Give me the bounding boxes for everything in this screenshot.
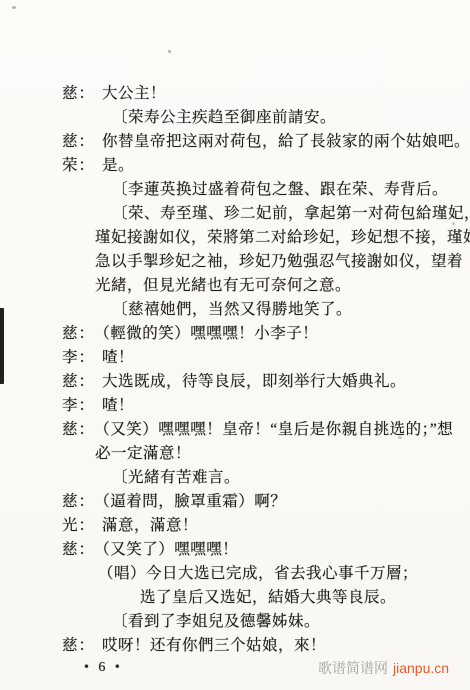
scan-speck: [12, 6, 16, 9]
script-line: 慈：（逼着問，臉罩重霜）啊？: [62, 490, 464, 514]
line-text: 〔荣寿公主疾趋至御座前請安。: [112, 109, 336, 126]
line-text: 〔看到了李姐兒及德馨姊妹。: [112, 613, 320, 630]
speaker-label: 慈：: [62, 85, 95, 102]
script-line: 急以手掣珍妃之袖，珍妃乃勉强忍气接謝如仪，望着: [95, 250, 464, 274]
line-text: 哎呀！还有你們三个姑娘，來！: [102, 637, 326, 654]
scanned-script-page: 慈：大公主！〔荣寿公主疾趋至御座前請安。慈：你替皇帝把这兩对荷包，給了長敍家的兩…: [0, 0, 470, 690]
script-line: 慈：（輕微的笑）嘿嘿嘿！小李子！: [62, 322, 464, 346]
script-line: 〔荣寿公主疾趋至御座前請安。: [112, 106, 464, 130]
line-text: 急以手掣珍妃之袖，珍妃乃勉强忍气接謝如仪，望着: [95, 253, 463, 270]
line-text: （唱）今日大选已完成，省去我心事千万層；: [98, 565, 418, 582]
script-line: 慈：大公主！: [62, 82, 464, 106]
script-line: 〔看到了李姐兒及德馨姊妹。: [112, 610, 464, 634]
script-line: 〔荣、寿至瑾、珍二妃前，拿起第一对荷包給瑾妃，: [112, 202, 464, 226]
script-body: 慈：大公主！〔荣寿公主疾趋至御座前請安。慈：你替皇帝把这兩对荷包，給了長敍家的兩…: [62, 82, 464, 658]
speaker-label: 慈：: [62, 421, 95, 438]
line-text: （輕微的笑）嘿嘿嘿！小李子！: [102, 325, 318, 342]
script-line: 光：滿意，滿意！: [62, 514, 464, 538]
scan-edge-artifact: [0, 308, 4, 384]
page-number: • 6 •: [84, 660, 123, 676]
line-text: 〔荣、寿至瑾、珍二妃前，拿起第一对荷包給瑾妃，: [112, 205, 470, 222]
watermark-site-name: 歌谱简谱网: [318, 660, 388, 676]
watermark-site-url: jianpu.cn: [393, 660, 449, 676]
script-line: 瑾妃接謝如仪，荣將第二对給珍妃，珍妃想不接，瑾妃: [95, 226, 464, 250]
speaker-label: 慈：: [62, 541, 95, 558]
line-text: 〔光緒有苦难言。: [112, 469, 240, 486]
script-line: 慈：（又笑）嘿嘿嘿！皇帝！“皇后是你親自挑选的；”想: [62, 418, 464, 442]
script-line: 慈：（又笑了）嘿嘿嘿！: [62, 538, 464, 562]
script-line: 〔李蓮英换过盛着荷包之盤、跟在荣、寿背后。: [112, 178, 464, 202]
line-text: 光緒，但見光緒也有无可奈何之意。: [95, 277, 351, 294]
watermark: 歌谱简谱网jianpu.cn: [318, 658, 449, 678]
speaker-label: 荣：: [62, 157, 95, 174]
line-text: 大选既成，待等良辰，即刻举行大婚典礼。: [102, 373, 406, 390]
line-text: （又笑）嘿嘿嘿！皇帝！“皇后是你親自挑选的；”想: [102, 421, 453, 438]
script-line: 李：喳！: [62, 346, 464, 370]
scan-speck: [168, 50, 171, 53]
line-text: 〔李蓮英换过盛着荷包之盤、跟在荣、寿背后。: [112, 181, 448, 198]
speaker-label: 李：: [62, 349, 95, 366]
line-text: 〔慈禧她們，当然又得勝地笑了。: [112, 301, 352, 318]
script-line: 光緒，但見光緒也有无可奈何之意。: [95, 274, 464, 298]
line-text: 瑾妃接謝如仪，荣將第二对給珍妃，珍妃想不接，瑾妃: [95, 229, 470, 246]
line-text: 喳！: [102, 349, 134, 366]
speaker-label: 慈：: [62, 493, 95, 510]
line-text: 喳！: [102, 397, 134, 414]
line-text: （又笑了）嘿嘿嘿！: [102, 541, 238, 558]
script-line: 〔慈禧她們，当然又得勝地笑了。: [112, 298, 464, 322]
line-text: 滿意，滿意！: [102, 517, 198, 534]
script-line: 李：喳！: [62, 394, 464, 418]
speaker-label: 李：: [62, 397, 95, 414]
line-text: （逼着問，臉罩重霜）啊？: [102, 493, 286, 510]
script-line: 荣：是。: [62, 154, 464, 178]
line-text: 选了皇后又选妃，結婚大典等良辰。: [140, 589, 396, 606]
script-line: 〔光緒有苦难言。: [112, 466, 464, 490]
script-line: 选了皇后又选妃，結婚大典等良辰。: [140, 586, 464, 610]
speaker-label: 光：: [62, 517, 95, 534]
script-line: 慈：哎呀！还有你們三个姑娘，來！: [62, 634, 464, 658]
script-line: 慈：你替皇帝把这兩对荷包，給了長敍家的兩个姑娘吧。: [62, 130, 464, 154]
line-text: 是。: [102, 157, 134, 174]
speaker-label: 慈：: [62, 133, 95, 150]
script-line: 慈：大选既成，待等良辰，即刻举行大婚典礼。: [62, 370, 464, 394]
line-text: 大公主！: [102, 85, 166, 102]
speaker-label: 慈：: [62, 325, 95, 342]
script-line: （唱）今日大选已完成，省去我心事千万層；: [98, 562, 464, 586]
script-line: 必一定滿意！: [95, 442, 464, 466]
line-text: 必一定滿意！: [95, 445, 191, 462]
speaker-label: 慈：: [62, 637, 95, 654]
speaker-label: 慈：: [62, 373, 95, 390]
line-text: 你替皇帝把这兩对荷包，給了長敍家的兩个姑娘吧。: [102, 133, 470, 150]
